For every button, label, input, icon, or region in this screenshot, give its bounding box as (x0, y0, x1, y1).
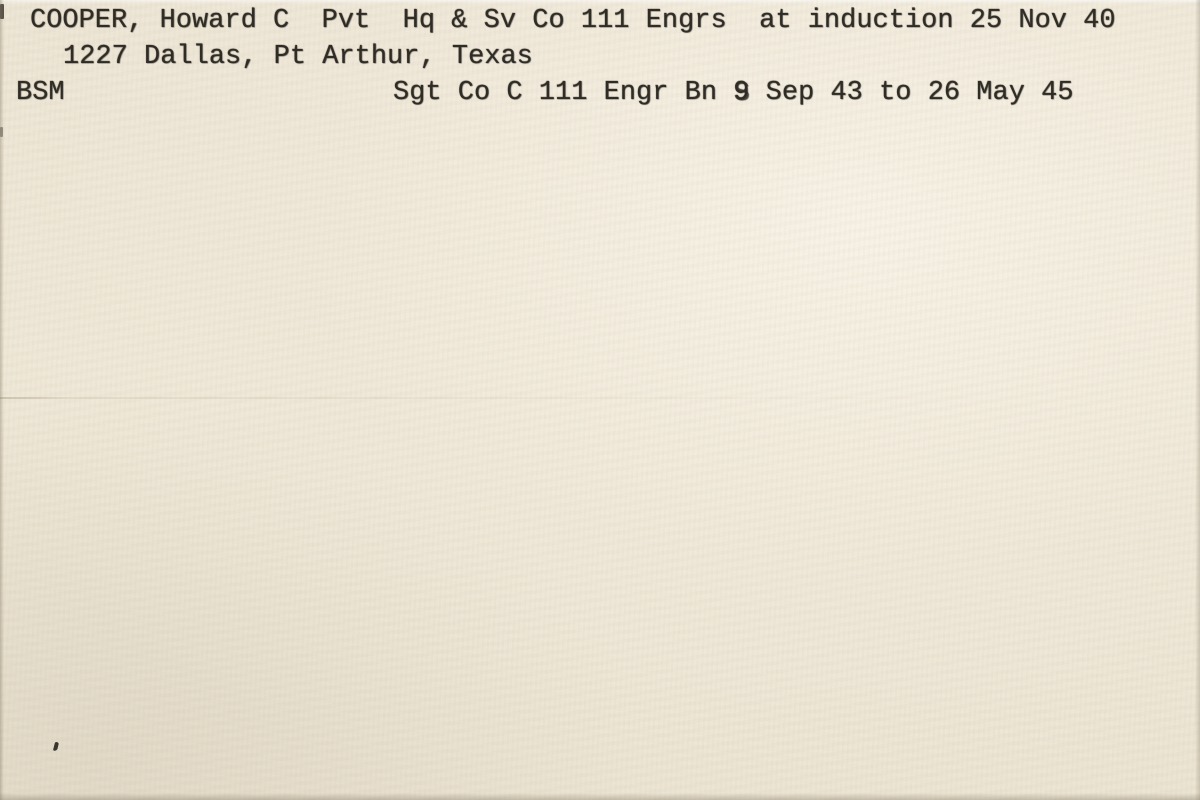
award-abbreviation: BSM (16, 78, 65, 109)
card-line-award-service: BSM Sgt Co C 111 Engr Bn S9 Sep 43 to 26… (0, 78, 1200, 110)
overstrike-top-glyph: 9 (733, 78, 749, 108)
ink-speck (53, 742, 59, 752)
card-top-edge (0, 0, 1200, 4)
service-dates-text: Sep 43 to 26 May 45 (749, 78, 1073, 108)
service-record-entry: Sgt Co C 111 Engr Bn S9 Sep 43 to 26 May… (393, 78, 1074, 109)
paper-crease-line (0, 397, 1200, 399)
card-line-name-rank-unit: COOPER, Howard C Pvt Hq & Sv Co 111 Engr… (30, 6, 1116, 37)
card-left-edge (0, 0, 4, 800)
paper-grain-texture (0, 0, 1200, 800)
card-line-address: 1227 Dallas, Pt Arthur, Texas (63, 42, 533, 73)
overstruck-character: S9 (733, 78, 749, 109)
index-card: COOPER, Howard C Pvt Hq & Sv Co 111 Engr… (0, 0, 1200, 800)
card-right-edge (1195, 0, 1200, 800)
card-bottom-edge (0, 793, 1200, 800)
service-unit-text: Sgt Co C 111 Engr Bn (393, 78, 733, 108)
